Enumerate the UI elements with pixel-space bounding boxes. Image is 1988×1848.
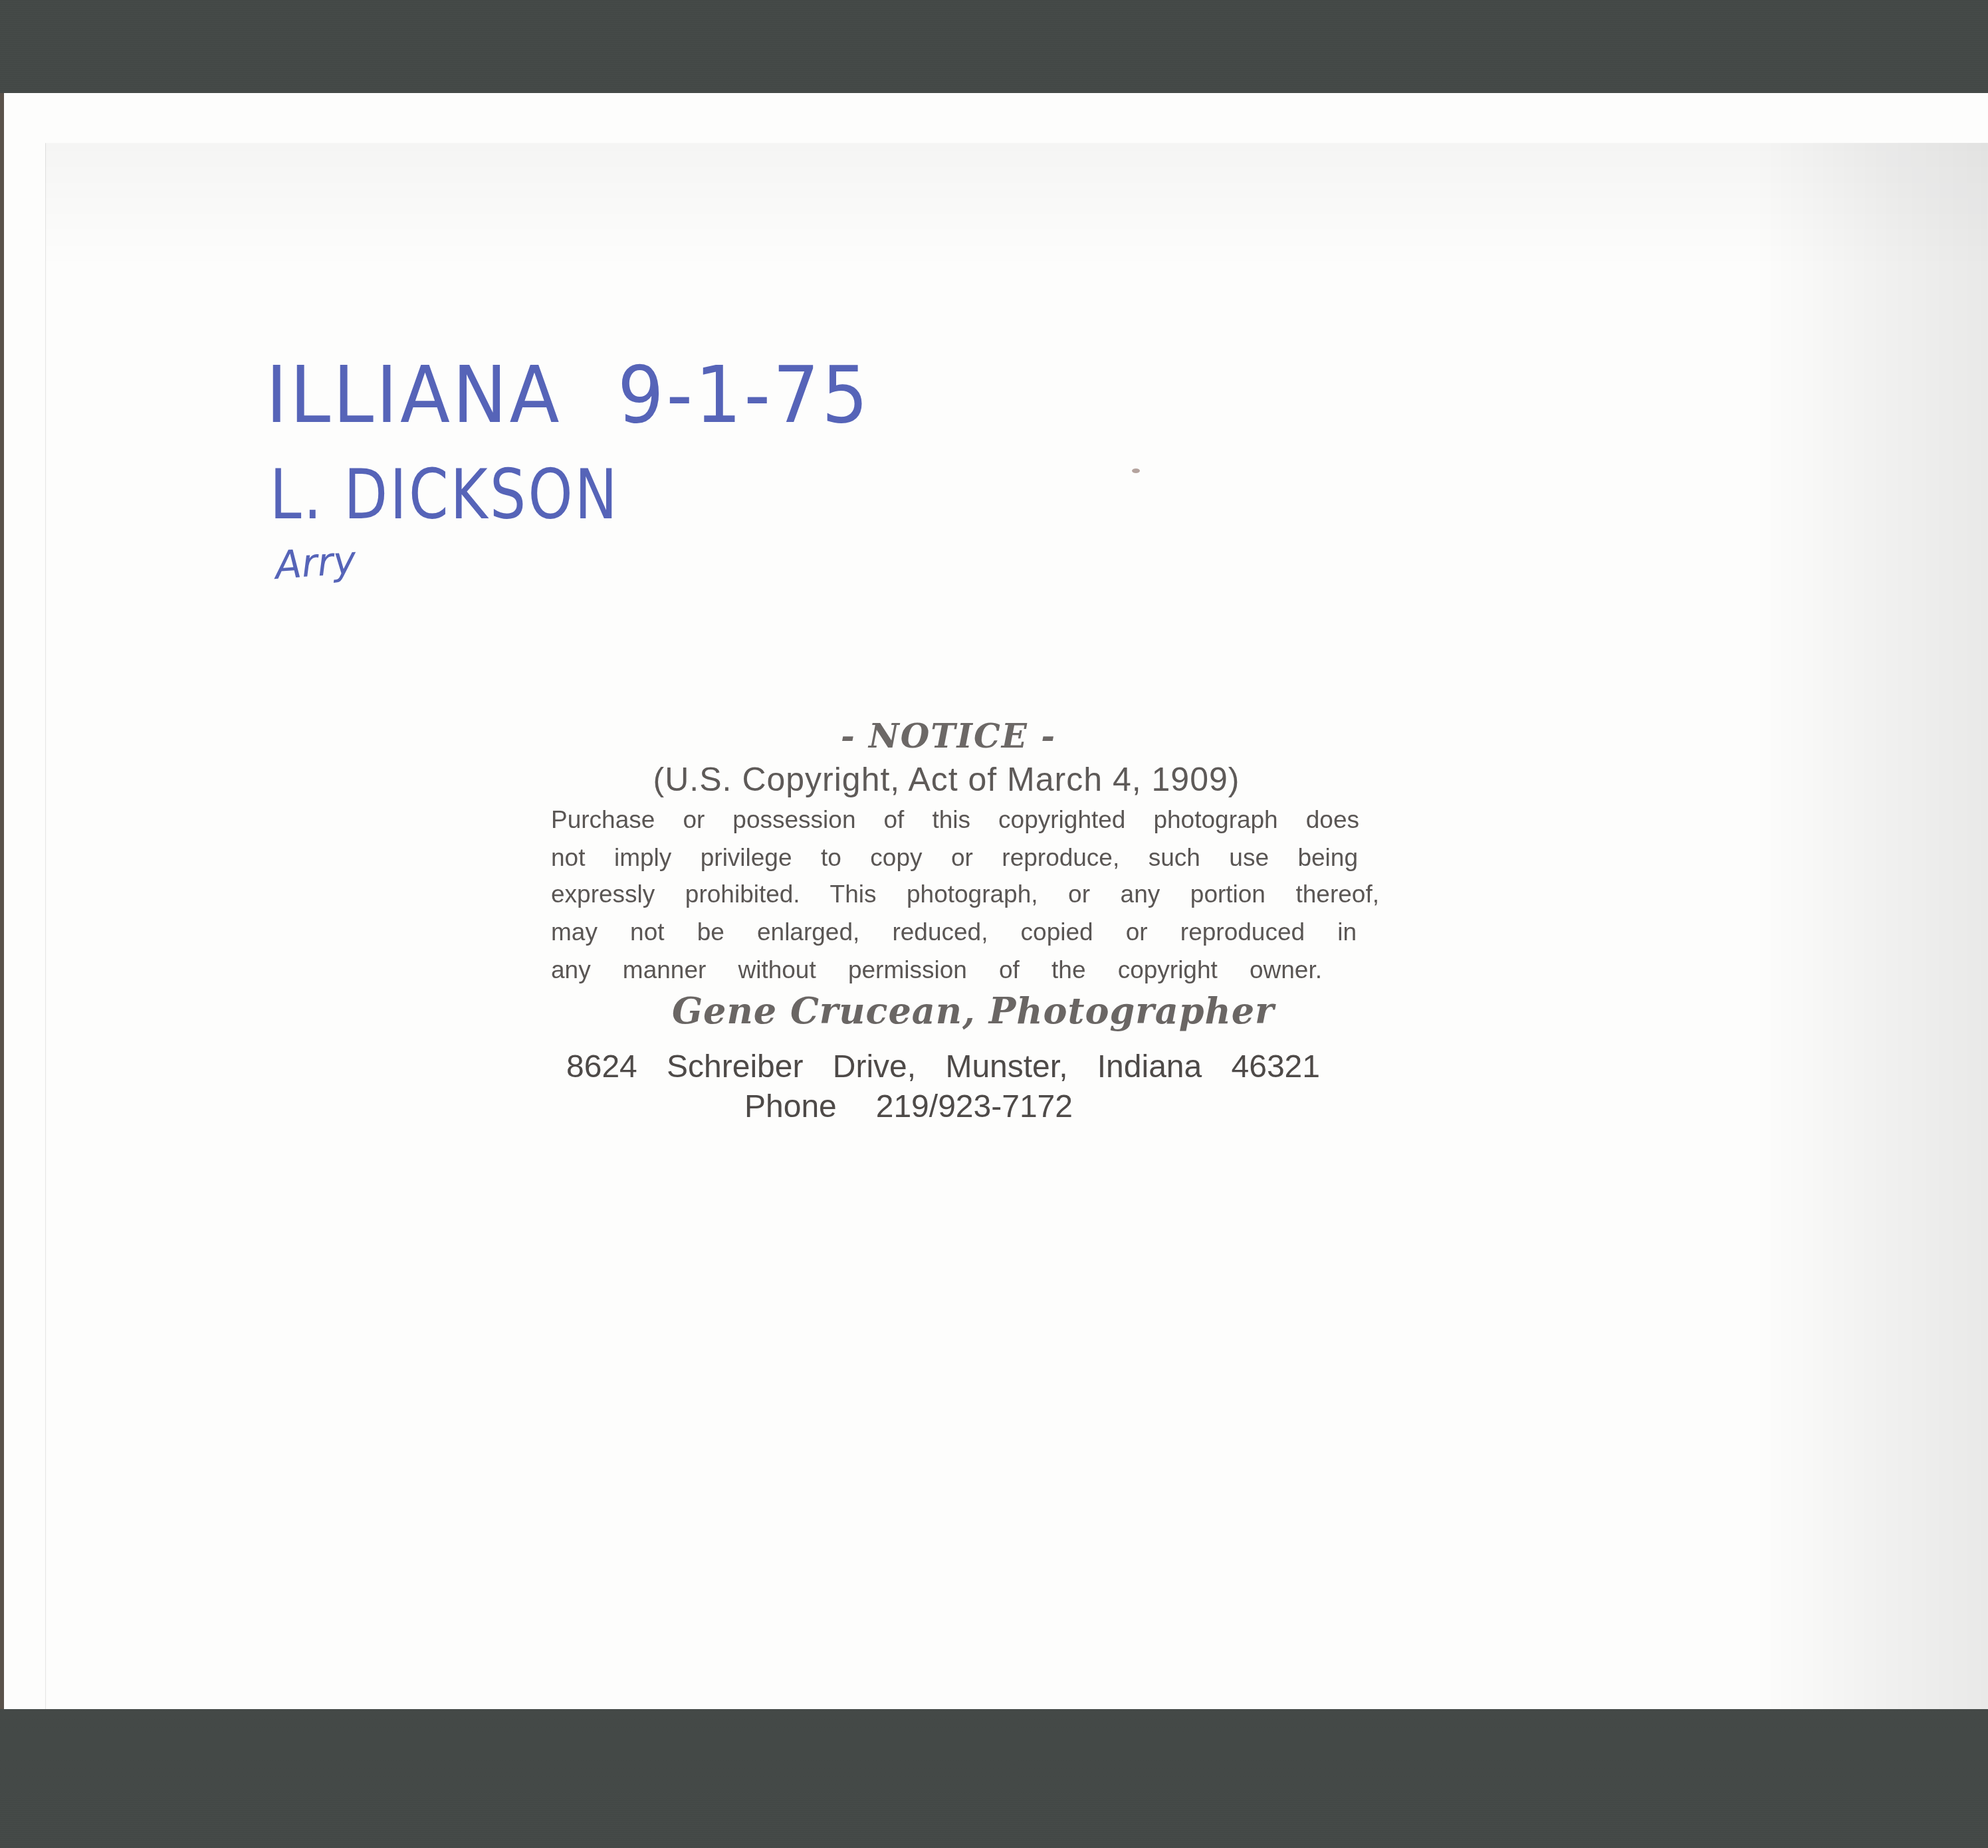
photographer-phone: Phone 219/923-7172 [744, 1091, 1073, 1123]
handwritten-name: L. DICKSON [270, 460, 619, 529]
notice-body-line: may not be enlarged, reduced, copied or … [551, 920, 1357, 944]
notice-body-line: any manner without permission of the cop… [551, 958, 1322, 982]
handwritten-note: Arry [274, 541, 357, 585]
handwritten-place: ILLIANA [266, 349, 562, 441]
paper-speck [1132, 468, 1140, 473]
notice-heading: - NOTICE - [833, 720, 1063, 753]
notice-body-line: expressly prohibited. This photograph, o… [551, 882, 1379, 906]
handwritten-place-date: ILLIANA9-1-75 [266, 356, 871, 434]
photographer-name: Gene Crucean, Photographer [672, 993, 1214, 1029]
notice-body-line: Purchase or possession of this copyright… [551, 807, 1359, 832]
handwritten-date: 9-1-75 [617, 349, 871, 441]
copyright-act: (U.S. Copyright, Act of March 4, 1909) [627, 763, 1266, 796]
photographer-address: 8624 Schreiber Drive, Munster, Indiana 4… [566, 1051, 1320, 1083]
notice-body-line: not imply privilege to copy or reproduce… [551, 845, 1358, 870]
